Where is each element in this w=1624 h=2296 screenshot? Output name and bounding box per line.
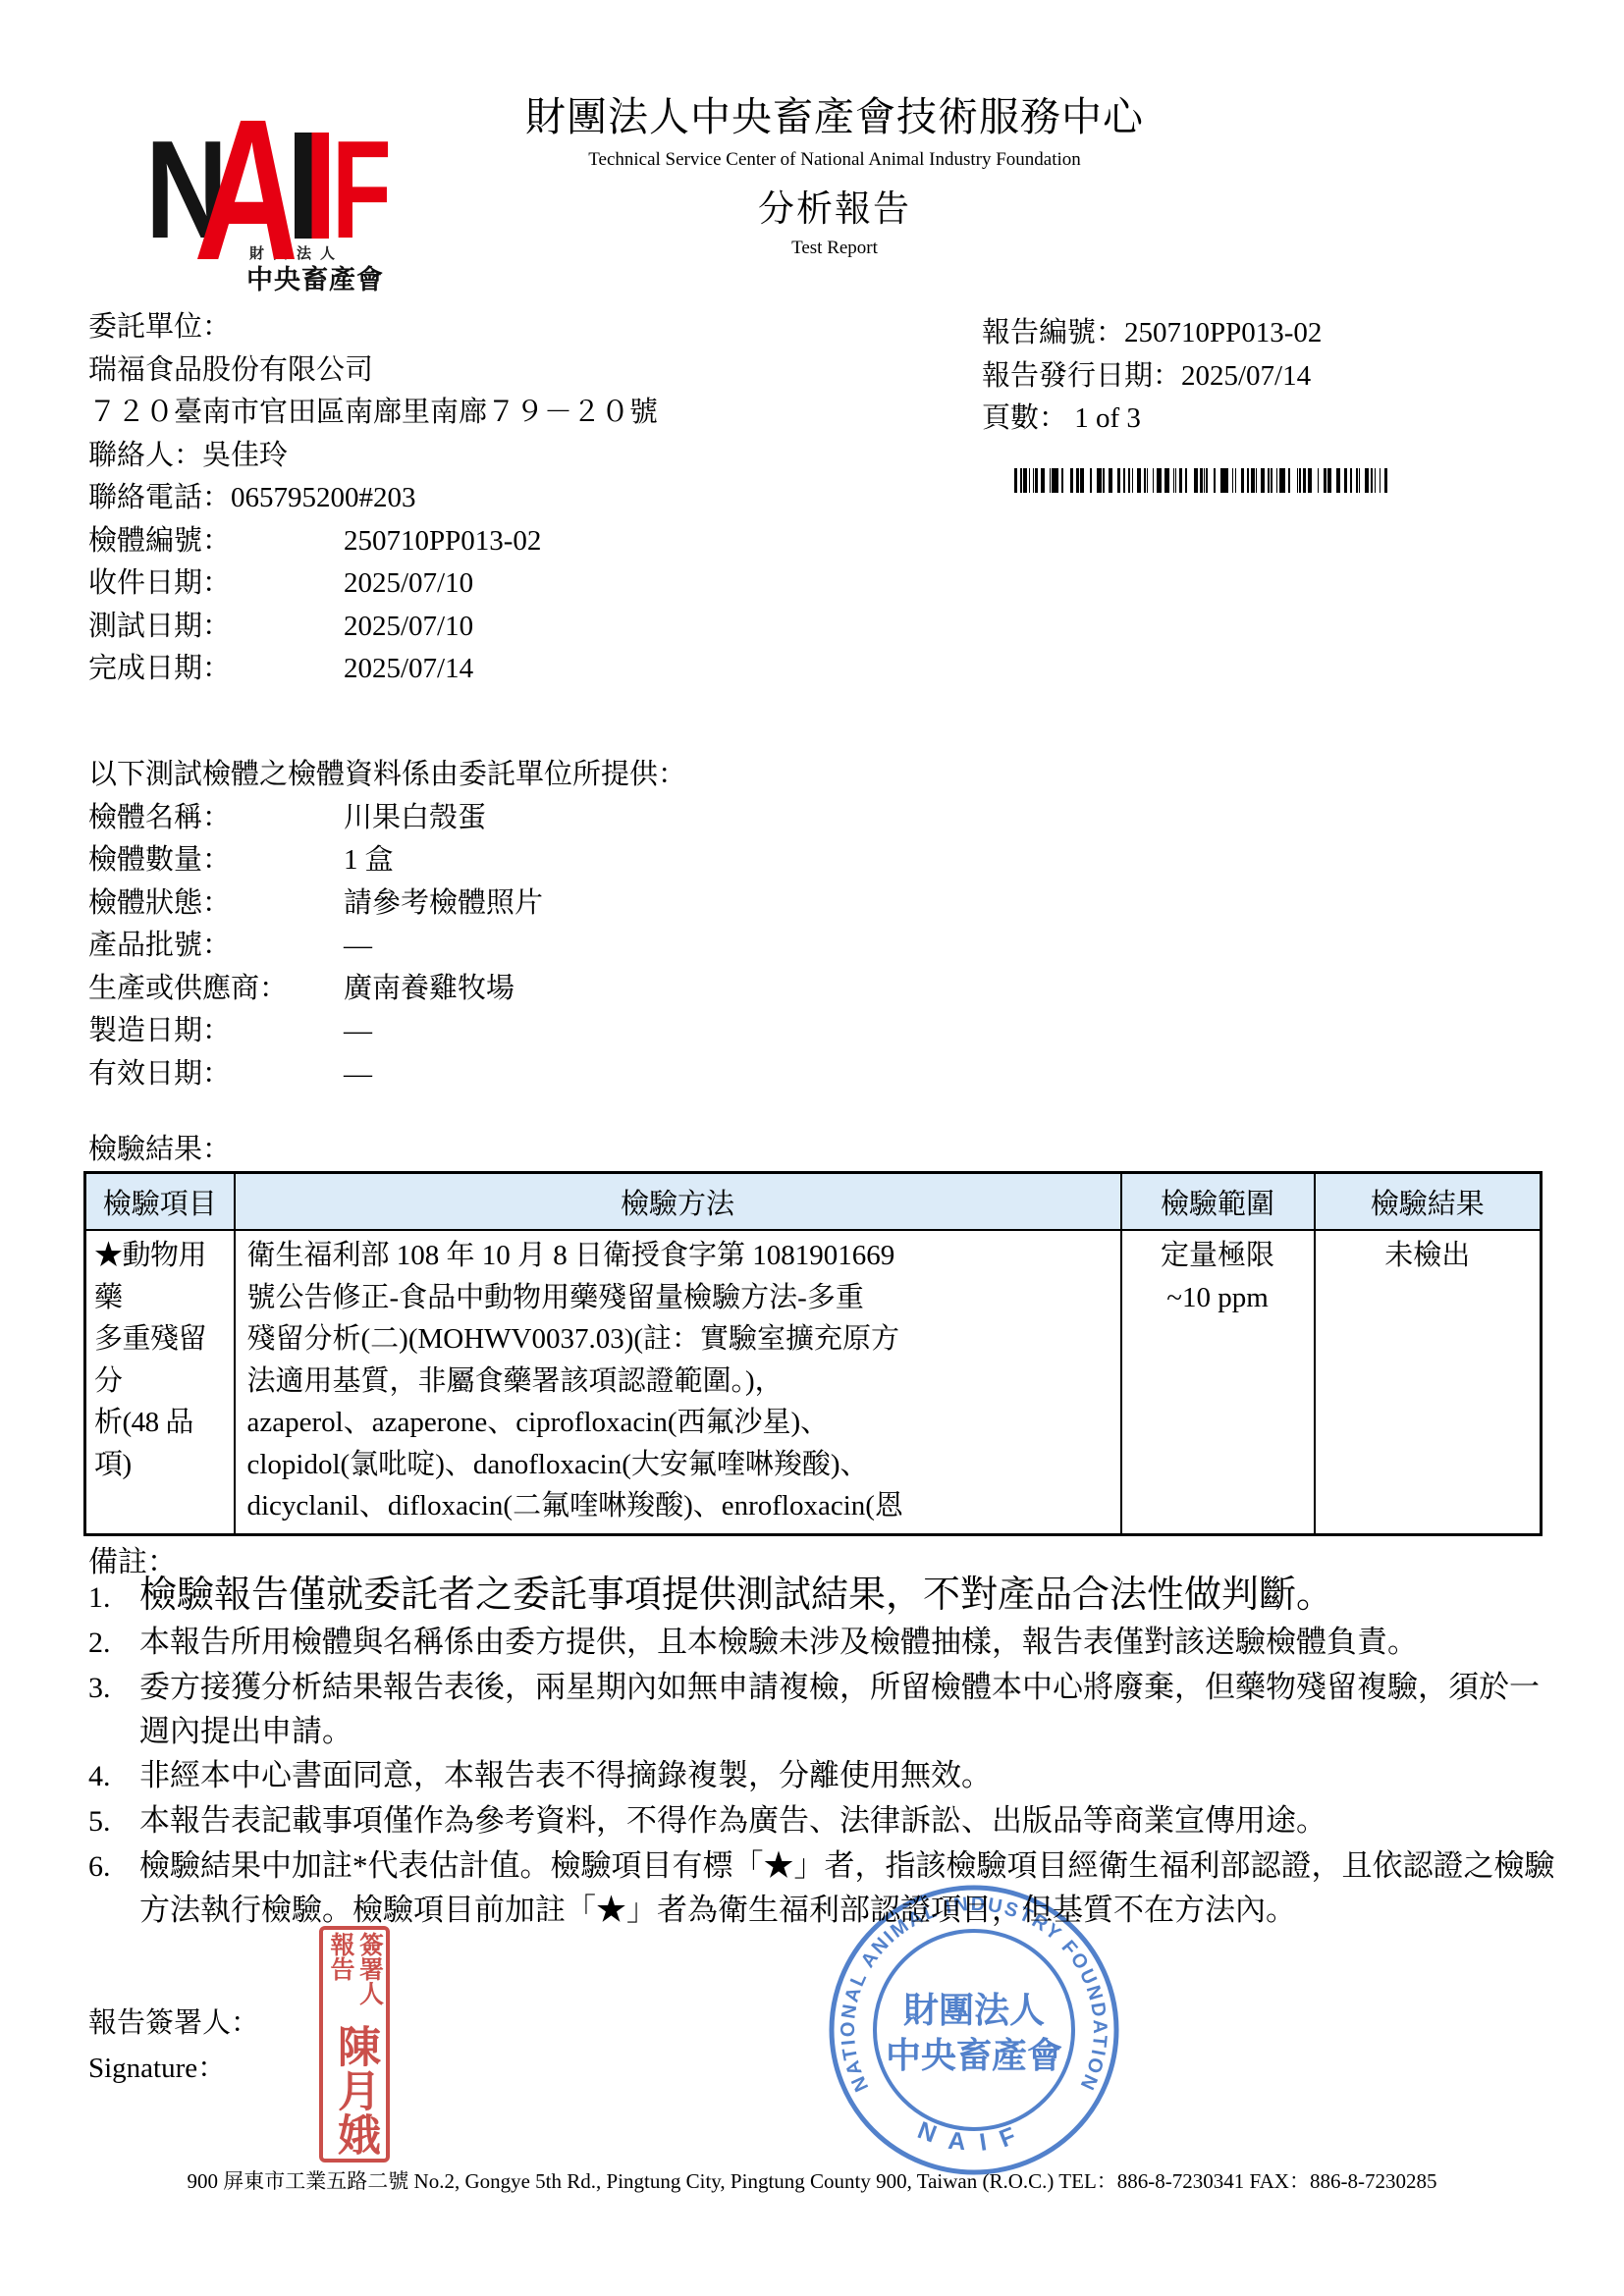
report-pages: 頁數： 1 of 3 (982, 398, 1322, 441)
note-number: 5. (88, 1799, 139, 1843)
sample-state-row: 檢體狀態： 請參考檢體照片 (88, 882, 686, 926)
cell-test-item: ★動物用藥 多重殘留分 析(48 品項) (85, 1230, 235, 1535)
note-number: 3. (88, 1666, 139, 1710)
naif-logo-icon: N A F 財團法人 中央畜產會 (145, 103, 401, 290)
signer-label-zh: 報告簽署人： (88, 2001, 259, 2041)
signer-seal-stamp: 簽署人 報告 陳月娥 (319, 1926, 390, 2163)
note-text: 本報告所用檢體與名稱係由委方提供，且本檢驗未涉及檢體抽樣，報告表僅對該送驗檢體負… (139, 1620, 1561, 1664)
logo-letter-a: A (192, 89, 307, 291)
results-table-row: ★動物用藥 多重殘留分 析(48 品項) 衛生福利部 108 年 10 月 8 … (85, 1230, 1542, 1535)
mfg-date-label: 製造日期： (88, 1010, 344, 1053)
note-number: 4. (88, 1754, 139, 1798)
footer-address: 900 屏東市工業五路二號 No.2, Gongye 5th Rd., Ping… (0, 2165, 1624, 2195)
cell-test-result: 未檢出 (1315, 1230, 1542, 1535)
signer-label-en: Signature： (88, 2046, 226, 2086)
org-seal-stamp: NATIONAL ANIMAL INDUSTRY FOUNDATION NAIF… (827, 1883, 1121, 2177)
org-seal-naif-text: NAIF (914, 2116, 1035, 2158)
note-number: 6. (88, 1844, 139, 1889)
results-heading: 檢驗結果： (88, 1127, 231, 1167)
note-number: 2. (88, 1621, 139, 1665)
sample-qty-value: 1 盒 (344, 839, 394, 882)
sample-id-label: 檢體編號： (88, 520, 344, 563)
client-name: 瑞福食品股份有限公司 (88, 349, 658, 393)
expiry-date-value: — (344, 1053, 372, 1096)
expiry-date-row: 有效日期： — (88, 1053, 686, 1096)
org-seal-center-line2: 中央畜產會 (886, 2035, 1062, 2075)
signer-seal-title-left: 報告 (326, 1932, 355, 2024)
signer-seal-title-right: 簽署人 (354, 1932, 384, 2024)
sample-id-value: 250710PP013-02 (344, 520, 541, 563)
header-title-block: 財團法人中央畜產會技術服務中心 Technical Service Center… (363, 84, 1306, 259)
note-item-2: 2. 本報告所用檢體與名稱係由委方提供，且本檢驗未涉及檢體抽樣，報告表僅對該送驗… (88, 1620, 1561, 1665)
mfg-date-value: — (344, 1010, 372, 1053)
note-item-4: 4. 非經本中心書面同意，本報告表不得摘錄複製，分離使用無效。 (88, 1753, 1561, 1798)
signer-seal-name: 陳月娥 (333, 2024, 376, 2157)
supplier-row: 生產或供應商： 廣南養雞牧場 (88, 968, 686, 1011)
report-title-en: Test Report (363, 238, 1306, 259)
sample-state-label: 檢體狀態： (88, 882, 344, 926)
supplier-value: 廣南養雞牧場 (344, 968, 514, 1011)
org-title-zh: 財團法人中央畜產會技術服務中心 (363, 84, 1306, 142)
supplier-label: 生產或供應商： (88, 968, 344, 1011)
batch-no-value: — (344, 925, 372, 968)
note-number: 1. (88, 1575, 139, 1620)
complete-date-label: 完成日期： (88, 648, 344, 691)
sample-state-value: 請參考檢體照片 (344, 882, 543, 926)
results-table-header-row: 檢驗項目 檢驗方法 檢驗範圍 檢驗結果 (85, 1173, 1542, 1231)
note-item-1: 1. 檢驗報告僅就委託者之委託事項提供測試結果，不對產品合法性做判斷。 (88, 1571, 1561, 1620)
complete-date-row: 完成日期： 2025/07/14 (88, 648, 658, 691)
svg-text:NAIF: NAIF (914, 2116, 1035, 2158)
col-header-result: 檢驗結果 (1315, 1173, 1542, 1231)
client-info-block: 委託單位： 瑞福食品股份有限公司 ７２０臺南市官田區南廍里南廍７９－２０號 聯絡… (88, 306, 658, 691)
sample-info-intro: 以下測試檢體之檢體資料係由委託單位所提供： (88, 754, 686, 797)
client-contact: 聯絡人：吳佳玲 (88, 435, 658, 478)
notes-list: 1. 檢驗報告僅就委託者之委託事項提供測試結果，不對產品合法性做判斷。 2. 本… (88, 1571, 1561, 1932)
received-date-value: 2025/07/10 (344, 562, 473, 606)
test-report-page: N A F 財團法人 中央畜產會 財團法人中央畜產會技術服務中心 Technic… (0, 0, 1624, 2296)
test-date-label: 測試日期： (88, 606, 344, 649)
note-text: 檢驗報告僅就委託者之委託事項提供測試結果，不對產品合法性做判斷。 (139, 1571, 1561, 1620)
sample-name-value: 川果白殼蛋 (344, 797, 486, 840)
sample-info-block: 以下測試檢體之檢體資料係由委託單位所提供： 檢體名稱： 川果白殼蛋 檢體數量： … (88, 754, 686, 1095)
report-title-zh: 分析報告 (363, 179, 1306, 232)
received-date-row: 收件日期： 2025/07/10 (88, 562, 658, 606)
org-title-en: Technical Service Center of National Ani… (363, 149, 1306, 171)
cell-test-method: 衛生福利部 108 年 10 月 8 日衛授食字第 1081901669 號公告… (235, 1230, 1121, 1535)
cell-test-range: 定量極限 ~10 ppm (1121, 1230, 1315, 1535)
org-seal-inner-ring (875, 1931, 1073, 2129)
org-seal-center-line1: 財團法人 (903, 1990, 1045, 2030)
client-address: ７２０臺南市官田區南廍里南廍７９－２０號 (88, 392, 658, 435)
client-label: 委託單位： (88, 306, 658, 349)
batch-no-label: 產品批號： (88, 925, 344, 968)
expiry-date-label: 有效日期： (88, 1053, 344, 1096)
note-text: 本報告表記載事項僅作為參考資料，不得作為廣告、法律訴訟、出版品等商業宣傳用途。 (139, 1798, 1561, 1842)
test-date-value: 2025/07/10 (344, 606, 473, 649)
note-item-6: 6. 檢驗結果中加註*代表估計值。檢驗項目有標「★」者，指該檢驗項目經衛生福利部… (88, 1843, 1561, 1932)
report-meta-block: 報告編號：250710PP013-02 報告發行日期：2025/07/14 頁數… (982, 312, 1322, 441)
mfg-date-row: 製造日期： — (88, 1010, 686, 1053)
results-table: 檢驗項目 檢驗方法 檢驗範圍 檢驗結果 ★動物用藥 多重殘留分 析(48 品項)… (83, 1171, 1543, 1536)
sample-qty-label: 檢體數量： (88, 839, 344, 882)
batch-no-row: 產品批號： — (88, 925, 686, 968)
client-phone: 聯絡電話：065795200#203 (88, 477, 658, 520)
report-number: 報告編號：250710PP013-02 (982, 312, 1322, 355)
signer-seal-title: 簽署人 報告 (326, 1932, 384, 2024)
note-text: 非經本中心書面同意，本報告表不得摘錄複製，分離使用無效。 (139, 1753, 1561, 1797)
complete-date-value: 2025/07/14 (344, 648, 473, 691)
sample-name-row: 檢體名稱： 川果白殼蛋 (88, 797, 686, 840)
sample-id-row: 檢體編號： 250710PP013-02 (88, 520, 658, 563)
note-text: 委方接獲分析結果報告表後，兩星期內如無申請複檢，所留檢體本中心將廢棄，但藥物殘留… (139, 1665, 1561, 1753)
note-item-3: 3. 委方接獲分析結果報告表後，兩星期內如無申請複檢，所留檢體本中心將廢棄，但藥… (88, 1665, 1561, 1753)
col-header-range: 檢驗範圍 (1121, 1173, 1315, 1231)
col-header-item: 檢驗項目 (85, 1173, 235, 1231)
report-issue-date: 報告發行日期：2025/07/14 (982, 355, 1322, 399)
sample-name-label: 檢體名稱： (88, 797, 344, 840)
barcode (1014, 468, 1387, 493)
note-item-5: 5. 本報告表記載事項僅作為參考資料，不得作為廣告、法律訴訟、出版品等商業宣傳用… (88, 1798, 1561, 1843)
col-header-method: 檢驗方法 (235, 1173, 1121, 1231)
sample-qty-row: 檢體數量： 1 盒 (88, 839, 686, 882)
test-date-row: 測試日期： 2025/07/10 (88, 606, 658, 649)
received-date-label: 收件日期： (88, 562, 344, 606)
